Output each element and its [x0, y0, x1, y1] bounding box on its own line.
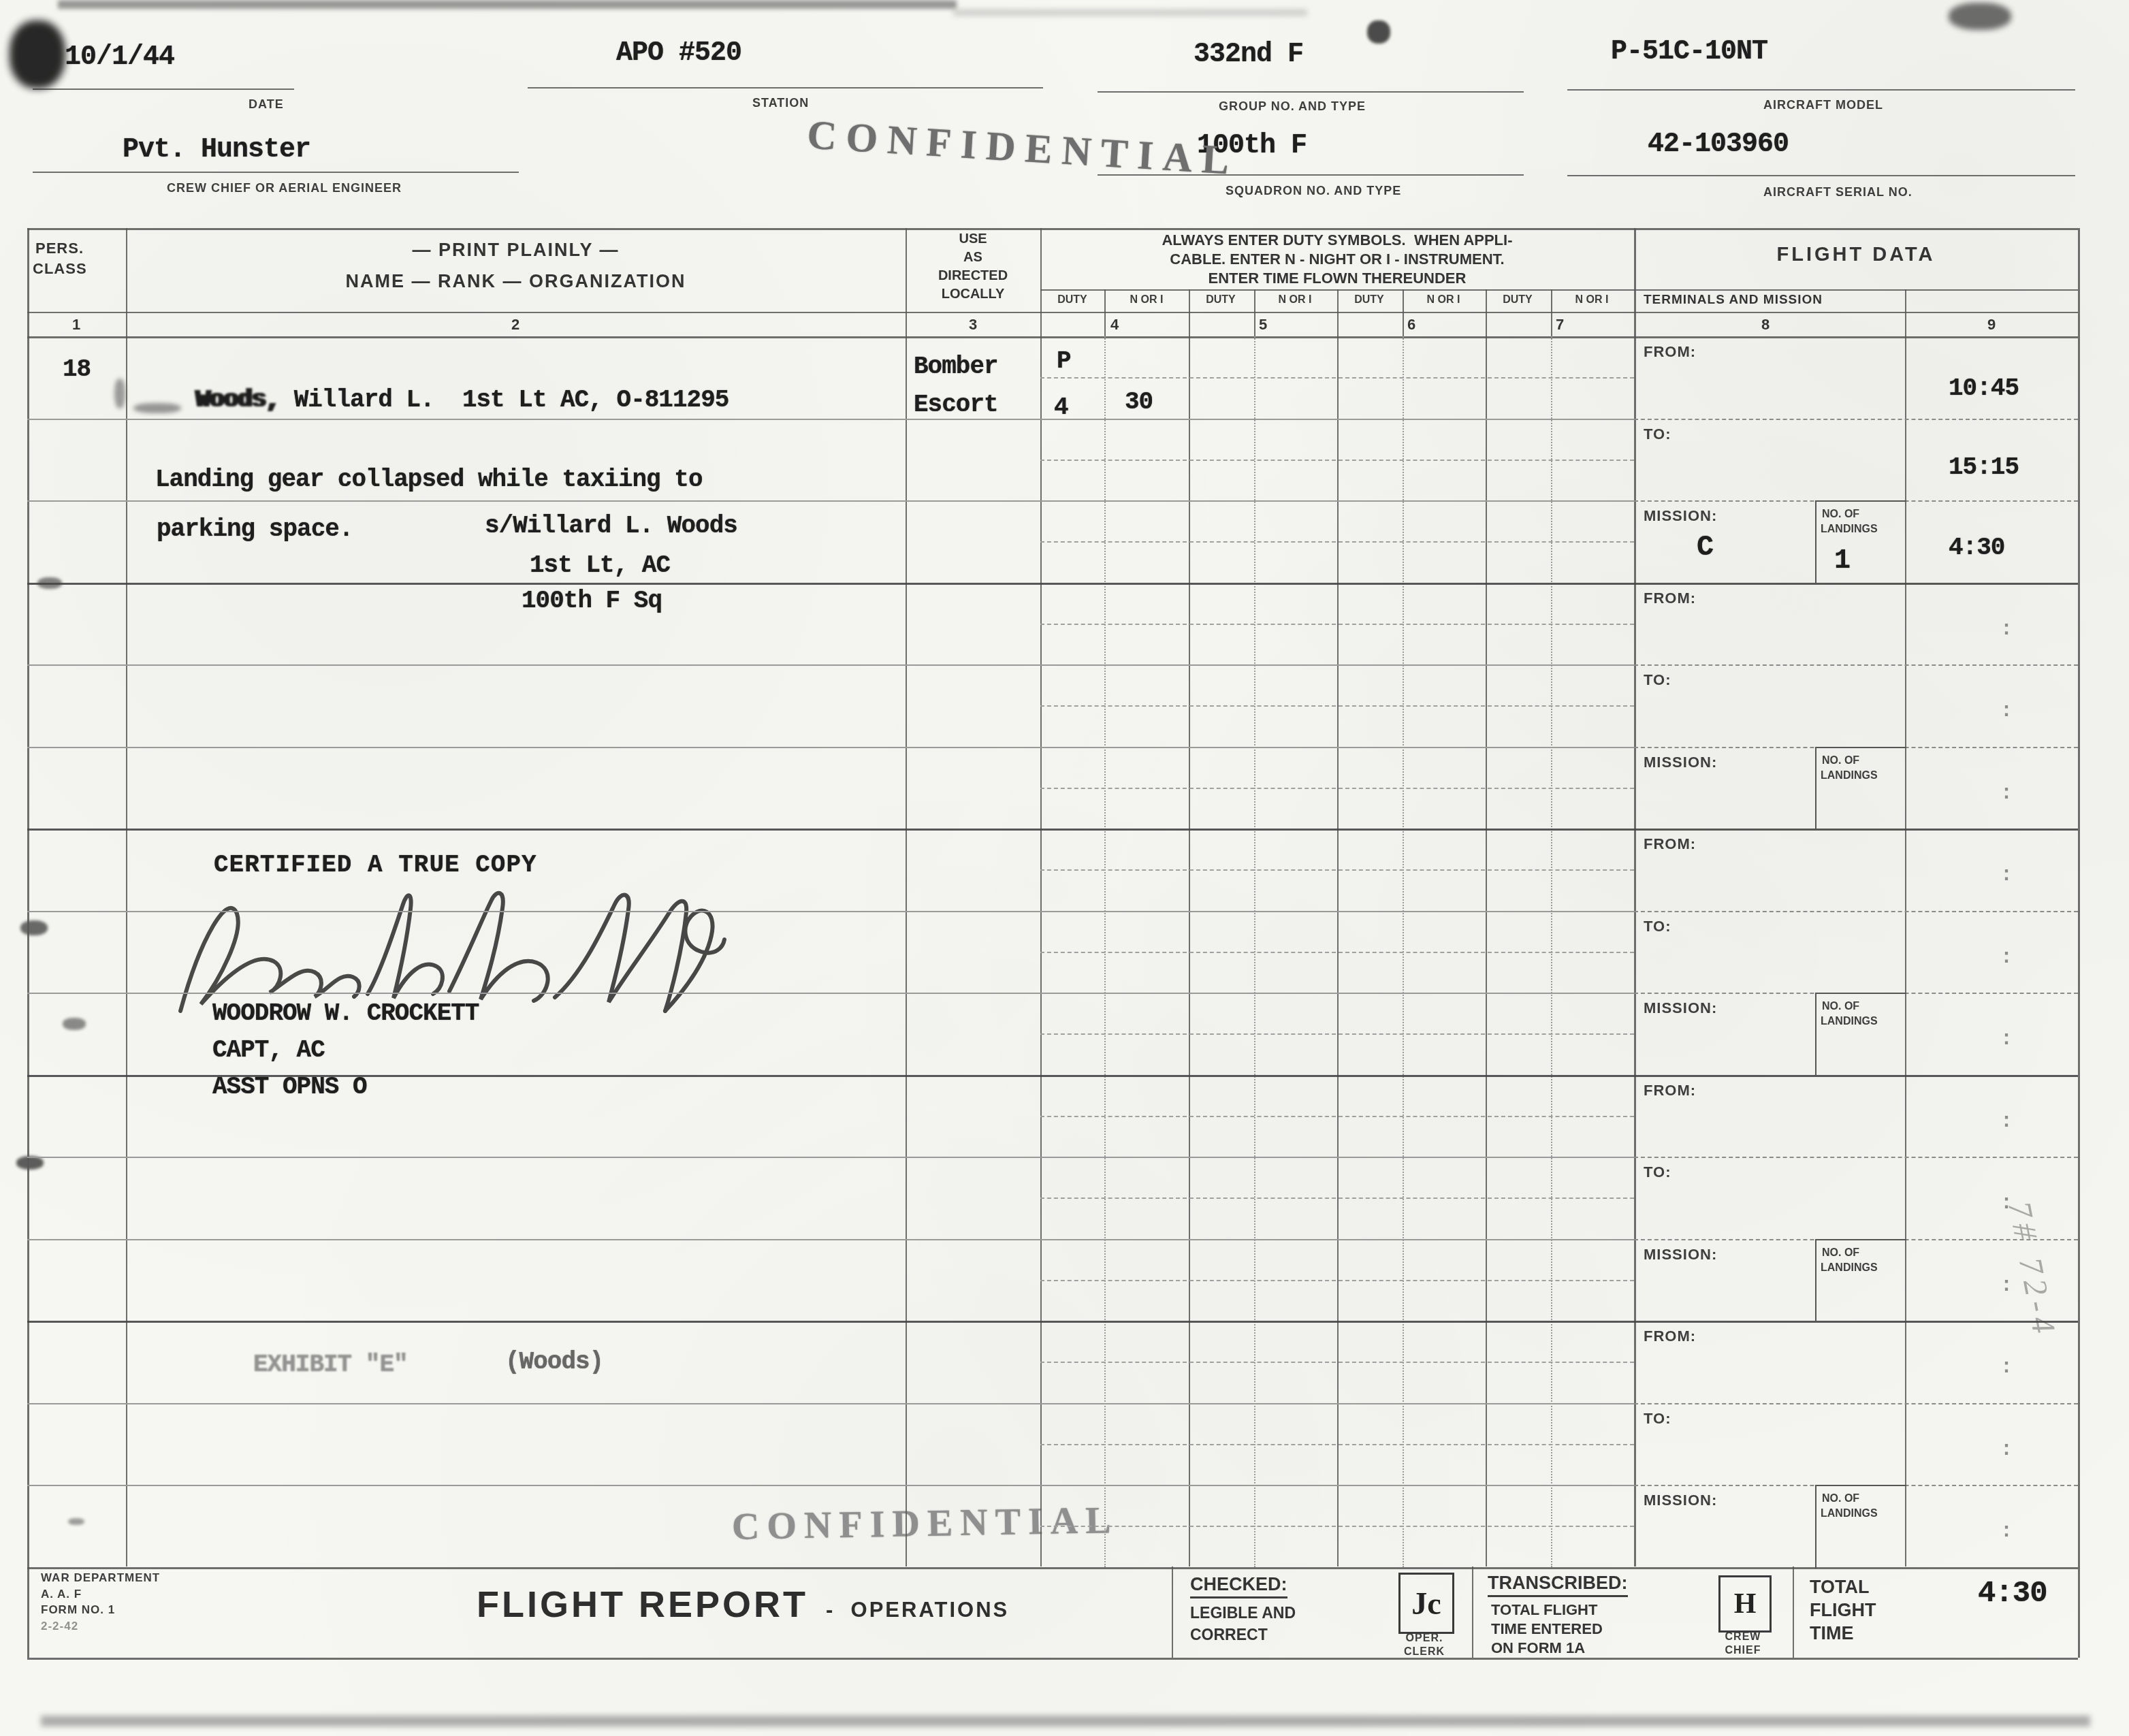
preprinted-colon: : — [2000, 1438, 2013, 1462]
preprinted-colon: : — [2000, 1274, 2013, 1298]
preprinted-colon: : — [2000, 1192, 2013, 1215]
footer-title-group: FLIGHT REPORT - OPERATIONS — [477, 1584, 1009, 1626]
crockett-role: ASST OPNS O — [212, 1073, 367, 1101]
aircraft-model-label: AIRCRAFT MODEL — [1763, 98, 1883, 112]
block-boundary-line — [27, 1075, 2078, 1077]
scan-top-streak-2 — [953, 10, 1307, 16]
from-label: FROM: — [1644, 343, 1696, 361]
preprinted-colon: : — [2000, 1110, 2013, 1134]
checked-sub1: LEGIBLE AND — [1190, 1604, 1296, 1622]
preprinted-colon: : — [2000, 618, 2013, 641]
entry-duty-hours: 4 — [1054, 393, 1068, 421]
remark-line1: Landing gear collapsed while taxiing to — [155, 466, 703, 494]
duty-instructions-2: CABLE. ENTER N - NIGHT OR I - INSTRUMENT… — [1040, 251, 1634, 268]
block-boundary-line — [27, 583, 2078, 585]
column-number: 8 — [1745, 316, 1786, 334]
subrow-line — [27, 911, 1634, 912]
duty-mid-dash-line — [1040, 1444, 1634, 1445]
footer-dept-1: WAR DEPARTMENT — [41, 1571, 160, 1585]
table-vertical-line — [1793, 1566, 1794, 1658]
footer-title: FLIGHT REPORT — [477, 1584, 808, 1626]
landings-label-1: NO. OF — [1822, 1247, 1859, 1259]
landings-label-1: NO. OF — [1822, 1493, 1859, 1505]
entry-name-rest: Willard L. 1st Lt AC, O-811295 — [280, 386, 729, 414]
table-frame-line — [27, 1567, 2078, 1569]
transcribed-initials-box: H — [1718, 1575, 1772, 1633]
column-number: 2 — [495, 316, 536, 334]
signed-rank: 1st Lt, AC — [530, 551, 670, 579]
landings-label-2: LANDINGS — [1821, 524, 1878, 536]
squadron-underline — [1098, 174, 1524, 176]
duty-col-label: DUTY — [1189, 294, 1253, 306]
column-number: 7 — [1539, 316, 1580, 334]
block-boundary-line — [27, 829, 2078, 831]
subrow-dashed-line — [1634, 664, 2078, 666]
duty-col-label: DUTY — [1337, 294, 1401, 306]
scan-speck-name — [114, 379, 125, 408]
aircraft-model-underline — [1567, 89, 2075, 91]
from-label: FROM: — [1644, 835, 1696, 853]
exhibit-ref: (Woods) — [505, 1348, 603, 1376]
entry-mission-code: C — [1697, 531, 1713, 564]
entry-from-time: 10:45 — [1949, 374, 2019, 402]
transcribed-sub1: TOTAL FLIGHT — [1491, 1601, 1597, 1619]
duty-mid-dash-line — [1040, 460, 1634, 461]
preprinted-colon: : — [2000, 946, 2013, 969]
subrow-line — [27, 993, 1634, 994]
subrow-line — [27, 1485, 1634, 1486]
preprinted-colon: : — [2000, 1356, 2013, 1379]
checked-role2: CLERK — [1398, 1646, 1450, 1658]
to-label: TO: — [1644, 1163, 1671, 1181]
nori-col-label: N OR I — [1401, 294, 1486, 306]
table-frame-line — [1040, 289, 2078, 291]
nori-col-label: N OR I — [1253, 294, 1337, 306]
table-frame-line — [27, 312, 2078, 313]
subrow-line — [27, 1239, 1634, 1240]
mission-label: MISSION: — [1644, 999, 1717, 1017]
remark-line2: parking space. — [157, 515, 353, 543]
duty-instructions-3: ENTER TIME FLOWN THEREUNDER — [1040, 270, 1634, 287]
landings-label-1: NO. OF — [1822, 509, 1859, 521]
total-flight-time-value: 4:30 — [1978, 1577, 2047, 1611]
duty-mid-dash-line — [1040, 1526, 1634, 1527]
to-label: TO: — [1644, 425, 1671, 443]
landings-label-1: NO. OF — [1822, 755, 1859, 767]
mission-label: MISSION: — [1644, 1246, 1717, 1264]
crockett-signature — [163, 871, 729, 1018]
footer-dept-2: A. A. F — [41, 1588, 82, 1601]
scan-speck-2 — [20, 920, 48, 935]
aircraft-serial-value: 42-103960 — [1648, 129, 1789, 160]
duty-instructions-1: ALWAYS ENTER DUTY SYMBOLS. WHEN APPLI- — [1040, 231, 1634, 249]
nori-col-label: N OR I — [1550, 294, 1634, 306]
table-vertical-line — [1472, 1566, 1473, 1658]
print-plainly-label: — PRINT PLAINLY — — [126, 240, 906, 261]
use-as-label-1: USE — [906, 231, 1040, 247]
table-vertical-line — [906, 228, 907, 1566]
duty-mid-dash-line — [1040, 705, 1634, 707]
flight-report-document: 10/1/44 APO #520 332nd F P-51C-10NT DATE… — [0, 0, 2129, 1736]
date-label: DATE — [249, 97, 284, 112]
duty-mid-dash-line — [1040, 952, 1634, 953]
to-label: TO: — [1644, 918, 1671, 935]
entry-pers-class: 18 — [27, 355, 126, 383]
table-frame-line — [27, 336, 2078, 338]
nori-col-label: N OR I — [1104, 294, 1189, 306]
entry-to-time: 15:15 — [1949, 453, 2019, 481]
entry-use-line1: Bomber — [914, 353, 998, 381]
use-as-label-4: LOCALLY — [906, 287, 1040, 302]
subrow-dashed-line — [1634, 1157, 2078, 1158]
preprinted-colon: : — [2000, 1028, 2013, 1051]
duty-mid-dash-line — [1040, 1280, 1634, 1281]
crew-chief-label: CREW CHIEF OR AERIAL ENGINEER — [167, 181, 402, 195]
scan-top-streak — [58, 0, 957, 9]
scan-speck-5 — [68, 1518, 84, 1525]
name-rank-org-label: NAME — RANK — ORGANIZATION — [126, 271, 906, 292]
station-underline — [528, 87, 1043, 89]
duty-mid-dash-line — [1040, 788, 1634, 789]
duty-col-label: DUTY — [1040, 294, 1104, 306]
table-vertical-line — [1486, 289, 1487, 1566]
landings-label-2: LANDINGS — [1821, 1016, 1878, 1028]
aircraft-model-value: P-51C-10NT — [1611, 37, 1767, 67]
table-vertical-line — [1905, 289, 1906, 1566]
checked-role1: OPER. — [1398, 1633, 1450, 1645]
station-label: STATION — [752, 96, 809, 110]
subrow-line — [27, 664, 1634, 666]
duty-mid-dash-line — [1040, 1033, 1634, 1035]
preprinted-colon: : — [2000, 700, 2013, 723]
date-value: 10/1/44 — [65, 42, 174, 73]
subrow-line — [27, 747, 1634, 748]
table-vertical-line — [1040, 228, 1042, 1566]
terminals-mission-label: TERMINALS AND MISSION — [1644, 293, 1823, 308]
group-value: 332nd F — [1194, 39, 1303, 70]
landings-label-1: NO. OF — [1822, 1001, 1859, 1013]
column-number: 5 — [1243, 316, 1283, 334]
crockett-rank: CAPT, AC — [212, 1036, 325, 1064]
use-as-label-2: AS — [906, 250, 1040, 266]
duty-mid-dash-line — [1040, 869, 1634, 871]
column-number: 4 — [1094, 316, 1135, 334]
duty-col-label: DUTY — [1486, 294, 1550, 306]
use-as-label-3: DIRECTED — [906, 268, 1040, 284]
transcribed-sub3: ON FORM 1A — [1491, 1639, 1585, 1657]
table-vertical-line — [1634, 228, 1636, 1566]
scan-speck-top — [1367, 20, 1390, 44]
landings-label-2: LANDINGS — [1821, 1508, 1878, 1520]
table-vertical-line — [2078, 228, 2080, 1658]
entry-duty-symbol: P — [1057, 347, 1071, 375]
checked-label: CHECKED: — [1190, 1574, 1287, 1598]
footer-title-suffix: - OPERATIONS — [826, 1598, 1009, 1622]
table-vertical-line — [27, 228, 29, 1658]
subrow-line — [27, 500, 1634, 502]
to-label: TO: — [1644, 1410, 1671, 1428]
column-number: 6 — [1391, 316, 1432, 334]
scan-speck-3 — [63, 1018, 86, 1030]
pers-class-label-1: PERS. — [35, 240, 84, 257]
table-frame-line — [27, 1658, 2078, 1660]
crockett-name: WOODROW W. CROCKETT — [212, 999, 479, 1027]
scan-mark-topright — [1949, 3, 2011, 30]
station-value: APO #520 — [616, 38, 741, 69]
from-label: FROM: — [1644, 1082, 1696, 1099]
transcribed-role2: CHIEF — [1718, 1645, 1767, 1657]
preprinted-colon: : — [2000, 782, 2013, 805]
flight-data-label: FLIGHT DATA — [1634, 244, 2078, 266]
duty-mid-dash-line — [1040, 377, 1634, 379]
total-label3: TIME — [1810, 1623, 1854, 1644]
from-label: FROM: — [1644, 590, 1696, 607]
subrow-line — [27, 1157, 1634, 1158]
footer-dept-4: 2-2-42 — [41, 1620, 78, 1633]
duty-mid-dash-line — [1040, 1362, 1634, 1363]
total-label1: TOTAL — [1810, 1577, 1870, 1598]
scan-bottom-band — [41, 1716, 2090, 1726]
crew-chief-value: Pvt. Hunster — [123, 135, 310, 165]
scan-speck-4 — [16, 1156, 44, 1170]
entry-block-time: 4:30 — [1949, 534, 2004, 562]
landings-label-2: LANDINGS — [1821, 1262, 1878, 1274]
from-label: FROM: — [1644, 1328, 1696, 1345]
column-number: 1 — [56, 316, 97, 334]
mission-label: MISSION: — [1644, 754, 1717, 771]
aircraft-serial-label: AIRCRAFT SERIAL NO. — [1763, 185, 1912, 199]
to-label: TO: — [1644, 671, 1671, 689]
subrow-line — [27, 419, 1634, 420]
duty-mid-dash-line — [1040, 541, 1634, 543]
table-vertical-line — [1337, 289, 1339, 1566]
footer-dept-3: FORM NO. 1 — [41, 1603, 115, 1617]
subrow-dashed-line — [1634, 911, 2078, 912]
mission-label: MISSION: — [1644, 1492, 1717, 1509]
landings-label-2: LANDINGS — [1821, 770, 1878, 782]
preprinted-colon: : — [2000, 1520, 2013, 1543]
mission-label: MISSION: — [1644, 507, 1717, 525]
scan-corner-blot — [10, 20, 65, 89]
preprinted-colon: : — [2000, 864, 2013, 887]
table-vertical-line — [1189, 289, 1190, 1566]
confidential-stamp-bottom: CONFIDENTIAL — [731, 1498, 1119, 1549]
transcribed-sub2: TIME ENTERED — [1491, 1620, 1603, 1638]
exhibit-label: EXHIBIT "E" — [253, 1351, 408, 1379]
crew-chief-underline — [33, 172, 519, 173]
subrow-line — [27, 1403, 1634, 1404]
duty-mid-dash-line — [1040, 624, 1634, 625]
group-label: GROUP NO. AND TYPE — [1219, 99, 1366, 114]
total-label2: FLIGHT — [1810, 1600, 1876, 1621]
entry-duty-minutes: 30 — [1125, 388, 1153, 416]
checked-initials-box: Jc — [1398, 1573, 1454, 1634]
pers-class-label-2: CLASS — [33, 260, 87, 278]
entry-use-line2: Escort — [914, 391, 998, 419]
block-boundary-line — [27, 1321, 2078, 1323]
duty-mid-dash-line — [1040, 1116, 1634, 1117]
squadron-label: SQUADRON NO. AND TYPE — [1226, 184, 1401, 198]
duty-mid-dash-line — [1040, 1197, 1634, 1199]
subrow-dashed-line — [1634, 419, 2078, 420]
table-vertical-line — [126, 228, 127, 1566]
signed-unit: 100th F Sq — [522, 587, 662, 615]
signed-by: s/Willard L. Woods — [485, 512, 737, 540]
group-underline — [1098, 91, 1524, 93]
transcribed-role1: CREW — [1718, 1631, 1767, 1643]
entry-name-smudged: Woods, — [195, 386, 280, 414]
transcribed-label: TRANSCRIBED: — [1488, 1573, 1628, 1597]
aircraft-serial-underline — [1567, 175, 2075, 176]
scan-smear-under-name — [133, 403, 181, 413]
checked-sub2: CORRECT — [1190, 1626, 1268, 1644]
table-frame-line — [27, 228, 2078, 230]
column-number: 3 — [953, 316, 993, 334]
date-underline — [33, 89, 294, 90]
column-number: 9 — [1971, 316, 2012, 334]
subrow-dashed-line — [1634, 1403, 2078, 1404]
table-vertical-line — [1172, 1566, 1173, 1658]
